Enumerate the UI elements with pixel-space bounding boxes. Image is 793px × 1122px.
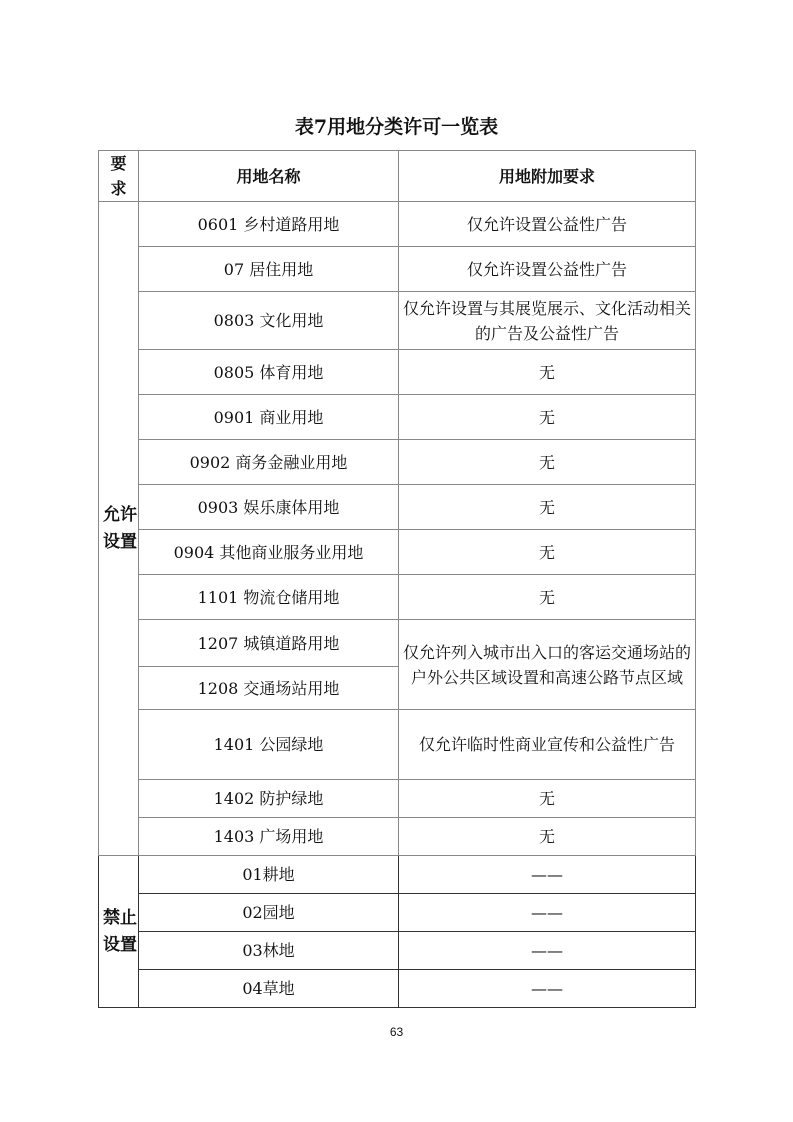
table-row: 02园地 ——: [99, 894, 696, 932]
land-name: 1207 城镇道路用地: [139, 620, 399, 667]
table-row: 0901 商业用地 无: [99, 395, 696, 440]
land-req: 无: [399, 485, 696, 530]
header-land-name: 用地名称: [139, 151, 399, 202]
land-name: 0902 商务金融业用地: [139, 440, 399, 485]
land-req: ——: [399, 856, 696, 894]
table-row: 1101 物流仓储用地 无: [99, 575, 696, 620]
land-req: 仅允许设置公益性广告: [399, 247, 696, 292]
land-name: 0904 其他商业服务业用地: [139, 530, 399, 575]
table-row: 0805 体育用地 无: [99, 350, 696, 395]
page-number: 63: [0, 1025, 793, 1039]
table-row: 1403 广场用地 无: [99, 818, 696, 856]
table-row: 0904 其他商业服务业用地 无: [99, 530, 696, 575]
table-row: 1207 城镇道路用地 仅允许列入城市出入口的客运交通场站的户外公共区域设置和高…: [99, 620, 696, 667]
land-name: 03林地: [139, 932, 399, 970]
land-name: 0903 娱乐康体用地: [139, 485, 399, 530]
land-req: ——: [399, 894, 696, 932]
land-name: 02园地: [139, 894, 399, 932]
land-req: 仅允许设置公益性广告: [399, 202, 696, 247]
header-requirement: 要求: [99, 151, 139, 202]
land-name: 0805 体育用地: [139, 350, 399, 395]
table-row: 0902 商务金融业用地 无: [99, 440, 696, 485]
land-name: 0601 乡村道路用地: [139, 202, 399, 247]
land-req: 无: [399, 575, 696, 620]
table-row: 禁止 设置 01耕地 ——: [99, 856, 696, 894]
land-name: 04草地: [139, 970, 399, 1008]
group-allowed: 允许 设置: [99, 202, 139, 856]
land-req: 无: [399, 440, 696, 485]
land-use-table: 要求 用地名称 用地附加要求 允许 设置 0601 乡村道路用地 仅允许设置公益…: [98, 150, 696, 1008]
table-row: 1401 公园绿地 仅允许临时性商业宣传和公益性广告: [99, 710, 696, 780]
land-name: 1401 公园绿地: [139, 710, 399, 780]
land-name: 1402 防护绿地: [139, 780, 399, 818]
table-row: 03林地 ——: [99, 932, 696, 970]
table-title: 表7用地分类许可一览表: [0, 112, 793, 139]
land-req: 仅允许临时性商业宣传和公益性广告: [399, 710, 696, 780]
table-header-row: 要求 用地名称 用地附加要求: [99, 151, 696, 202]
table-row: 0903 娱乐康体用地 无: [99, 485, 696, 530]
table-row: 允许 设置 0601 乡村道路用地 仅允许设置公益性广告: [99, 202, 696, 247]
group-forbidden: 禁止 设置: [99, 856, 139, 1008]
table-row: 04草地 ——: [99, 970, 696, 1008]
land-name: 1101 物流仓储用地: [139, 575, 399, 620]
table-row: 07 居住用地 仅允许设置公益性广告: [99, 247, 696, 292]
land-name: 01耕地: [139, 856, 399, 894]
land-req: 无: [399, 395, 696, 440]
land-name: 0803 文化用地: [139, 292, 399, 350]
land-name: 1403 广场用地: [139, 818, 399, 856]
land-req: 仅允许设置与其展览展示、文化活动相关的广告及公益性广告: [399, 292, 696, 350]
header-extra-req: 用地附加要求: [399, 151, 696, 202]
land-name: 1208 交通场站用地: [139, 667, 399, 710]
land-req: 无: [399, 818, 696, 856]
land-name: 0901 商业用地: [139, 395, 399, 440]
land-req: ——: [399, 970, 696, 1008]
land-req: 仅允许列入城市出入口的客运交通场站的户外公共区域设置和高速公路节点区域: [399, 620, 696, 710]
table-row: 0803 文化用地 仅允许设置与其展览展示、文化活动相关的广告及公益性广告: [99, 292, 696, 350]
land-req: 无: [399, 350, 696, 395]
land-req: 无: [399, 530, 696, 575]
land-name: 07 居住用地: [139, 247, 399, 292]
land-req: 无: [399, 780, 696, 818]
land-req: ——: [399, 932, 696, 970]
table-row: 1402 防护绿地 无: [99, 780, 696, 818]
